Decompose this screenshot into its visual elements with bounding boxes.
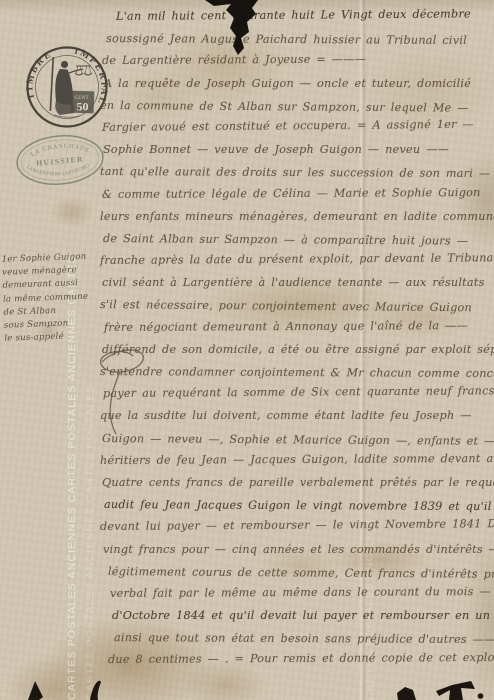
revenue-stamp-art: TIMBRE IMPERIAL CENT. 50 <box>25 46 108 126</box>
manuscript-line: L'an mil huit cent quarante huit Le Ving… <box>116 3 494 28</box>
margin-annotation: 1er Sophie Guigon veuve ménagère demeura… <box>1 250 104 346</box>
manuscript-line: frère négociant demeurant à Annonay que … <box>104 315 494 339</box>
bottom-ink-blots <box>0 670 494 700</box>
manuscript-line: Sophie Bonnet — veuve de Joseph Guigon —… <box>103 139 494 161</box>
paper-tear <box>190 0 270 60</box>
signature-paraph <box>86 342 196 442</box>
manuscript-line: Fargier avoué est constitué et occupera.… <box>102 113 494 139</box>
ink-blot <box>436 681 475 700</box>
manuscript-line: due 8 centimes — . = Pour remis et donné… <box>108 647 494 671</box>
ink-blot <box>397 687 416 700</box>
manuscript-line: vingt francs pour — cinq années et les c… <box>103 539 494 561</box>
manuscript-body: L'an mil huit cent quarante huit Le Ving… <box>100 6 492 672</box>
manuscript-line: devant lui payer — et rembourser — le vi… <box>100 514 492 539</box>
manuscript-page: CARTES POSTALES ANCIENNES CARTES POSTALE… <box>0 0 494 700</box>
ink-blot <box>28 681 43 700</box>
manuscript-line: d'Octobre 1844 et qu'il devait lui payer… <box>112 605 494 627</box>
manuscript-line: leurs enfants mineurs ménagères, demeura… <box>100 206 492 228</box>
revenue-stamp-left-arc-label: TIMBRE <box>25 49 54 100</box>
ink-blot <box>478 693 484 699</box>
manuscript-line: de Largentière résidant à Joyeuse = ——— <box>102 48 494 72</box>
manuscript-line: Quatre cents francs de pareille verbalem… <box>102 472 494 494</box>
manuscript-line: A la requête de Joseph Guigon — oncle et… <box>104 73 494 95</box>
office-stamp: LA CHANCHADE HUISSIER LARGENTIÈRE (ARDÈC… <box>10 131 110 189</box>
manuscript-line: franche après la date du présent exploit… <box>100 247 492 272</box>
manuscript-line: verbal fait par le même au même dans le … <box>110 581 494 605</box>
ink-blot <box>90 681 101 700</box>
svg-text:TIMBRE: TIMBRE <box>25 49 54 100</box>
manuscript-line: & comme tutrice légale de Célina — Marie… <box>102 181 494 205</box>
tear-shape <box>205 0 258 55</box>
revenue-stamp-denomination: CENT. 50 <box>71 91 95 114</box>
manuscript-line: héritiers de feu Jean — Jacques Guigon, … <box>100 448 492 472</box>
office-stamp-middle-label: HUISSIER <box>36 154 84 167</box>
manuscript-line: civil séant à Largentière à l'audience t… <box>102 272 494 294</box>
denomination-value-label: 50 <box>77 100 89 114</box>
